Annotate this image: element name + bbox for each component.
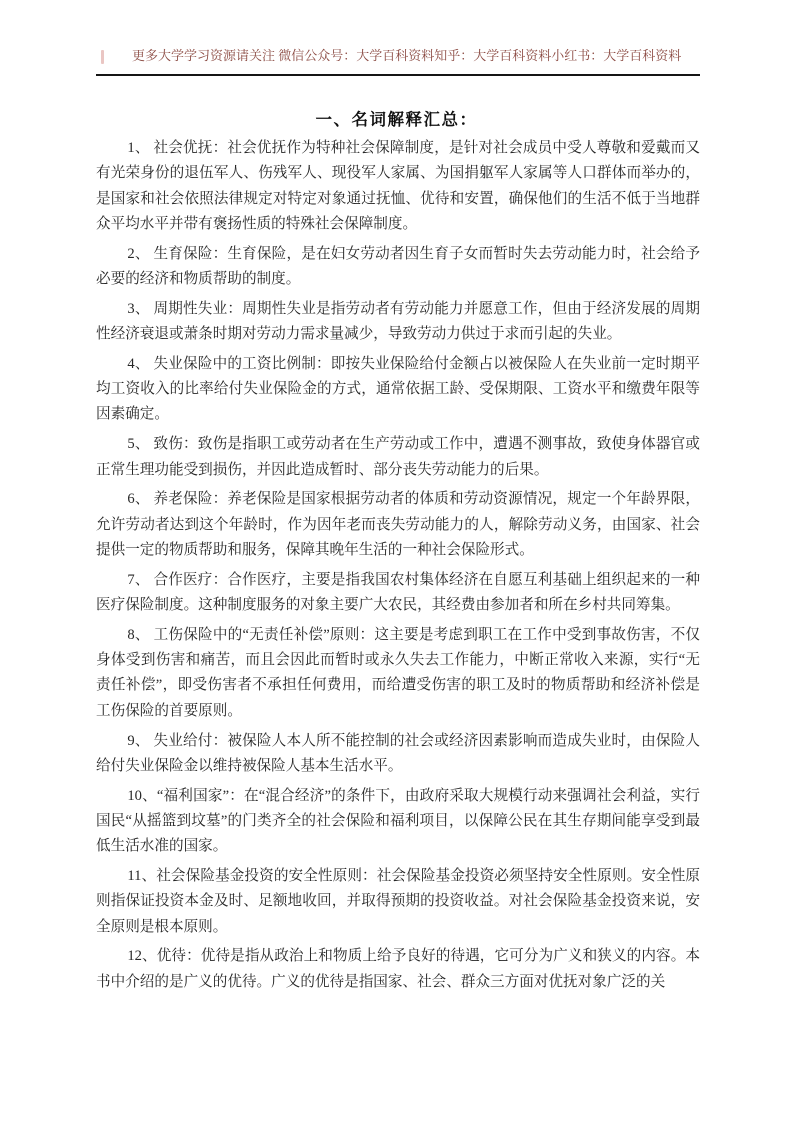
header-zhihu-text: 知乎：大学百科资料 [434, 46, 551, 65]
header-promo-text: 更多大学学习资源请关注 微信公众号：大学百科资料 [132, 46, 434, 65]
paragraph-list: 1、 社会优抚：社会优抚作为特种社会保障制度，是针对社会成员中受人尊敬和爱戴而又… [96, 136, 700, 1000]
definition-paragraph: 4、 失业保险中的工资比例制：即按失业保险给付金额占以被保险人在失业前一定时期平… [96, 352, 700, 428]
page-title: 一、名词解释汇总： [0, 106, 793, 130]
definition-paragraph: 7、 合作医疗：合作医疗，主要是指我国农村集体经济在自愿互利基础上组织起来的一种… [96, 568, 700, 619]
definition-paragraph: 5、 致伤：致伤是指职工或劳动者在生产劳动或工作中，遭遇不测事故，致使身体器官或… [96, 432, 700, 483]
document-page: 更多大学学习资源请关注 微信公众号：大学百科资料 知乎：大学百科资料 小红书：大… [0, 0, 793, 1122]
header-row: 更多大学学习资源请关注 微信公众号：大学百科资料 知乎：大学百科资料 小红书：大… [96, 46, 700, 65]
definition-paragraph: 12、优待：优待是指从政治上和物质上给予良好的待遇，它可分为广义和狭义的内容。本… [96, 944, 700, 995]
scan-artifact [101, 50, 104, 64]
definition-paragraph: 8、 工伤保险中的“无责任补偿”原则：这主要是考虑到职工在工作中受到事故伤害，不… [96, 623, 700, 724]
header-xiaohongshu-text: 小红书：大学百科资料 [551, 46, 681, 65]
definition-paragraph: 1、 社会优抚：社会优抚作为特种社会保障制度，是针对社会成员中受人尊敬和爱戴而又… [96, 136, 700, 237]
definition-paragraph: 2、 生育保险：生育保险，是在妇女劳动者因生育子女而暂时失去劳动能力时，社会给予… [96, 242, 700, 293]
definition-paragraph: 10、“福利国家”：在“混合经济”的条件下，由政府采取大规模行动来强调社会利益，… [96, 784, 700, 860]
definition-paragraph: 3、 周期性失业：周期性失业是指劳动者有劳动能力并愿意工作，但由于经济发展的周期… [96, 297, 700, 348]
page-header: 更多大学学习资源请关注 微信公众号：大学百科资料 知乎：大学百科资料 小红书：大… [96, 46, 700, 76]
definition-paragraph: 11、社会保险基金投资的安全性原则：社会保险基金投资必须坚持安全性原则。安全性原… [96, 864, 700, 940]
definition-paragraph: 9、 失业给付：被保险人本人所不能控制的社会或经济因素影响而造成失业时，由保险人… [96, 729, 700, 780]
definition-paragraph: 6、 养老保险：养老保险是国家根据劳动者的体质和劳动资源情况，规定一个年龄界限，… [96, 487, 700, 563]
